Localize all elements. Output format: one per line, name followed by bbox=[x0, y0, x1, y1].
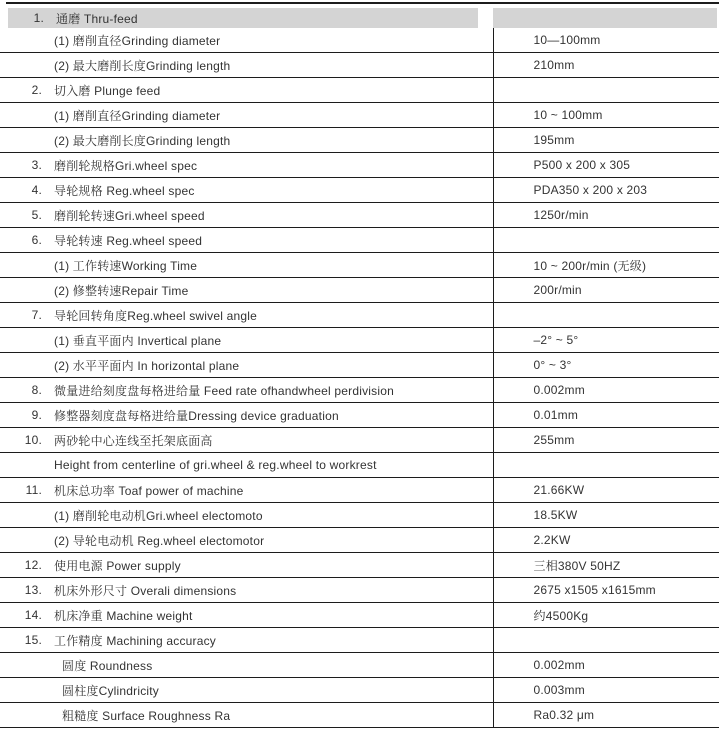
row-label: 磨削轮转速Gri.wheel speed bbox=[54, 207, 205, 224]
row-value: 10—100mm bbox=[534, 33, 601, 47]
row-label-cell: (1) 工作转速Working Time bbox=[0, 253, 494, 277]
row-value-cell: 1250r/min bbox=[494, 203, 719, 227]
table-top-border bbox=[6, 2, 719, 4]
row-label-cell: 圆柱度Cylindricity bbox=[0, 678, 494, 702]
row-value-cell bbox=[494, 628, 719, 652]
table-row: 4.导轮规格 Reg.wheel spec PDA350 x 200 x 203 bbox=[0, 178, 719, 203]
row-value: 195mm bbox=[534, 133, 575, 147]
table-row: 8.微量进给刻度盘每格进给量 Feed rate ofhandwheel per… bbox=[0, 378, 719, 403]
row-label-cell: 2.切入磨 Plunge feed bbox=[0, 78, 494, 102]
row-label: (2) 最大磨削长度Grinding length bbox=[54, 132, 230, 149]
row-label: 导轮规格 Reg.wheel spec bbox=[54, 182, 195, 199]
row-value: 1250r/min bbox=[534, 208, 589, 222]
row-label: 机床外形尺寸 Overali dimensions bbox=[54, 582, 236, 599]
row-label-cell: (1) 垂直平面内 Invertical plane bbox=[0, 328, 494, 352]
row-label: 切入磨 Plunge feed bbox=[54, 82, 160, 99]
row-label: 两砂轮中心连线至托架底面高 bbox=[54, 432, 213, 449]
row-value-cell: 2.2KW bbox=[494, 528, 719, 552]
row-value: 200r/min bbox=[534, 283, 582, 297]
row-label: 导轮回转角度Reg.wheel swivel angle bbox=[54, 307, 257, 324]
row-value-cell bbox=[494, 78, 719, 102]
table-row: 3.磨削轮规格Gri.wheel spec P500 x 200 x 305 bbox=[0, 153, 719, 178]
section-header-label: 通磨 Thru-feed bbox=[56, 10, 138, 27]
row-value-cell: 0° ~ 3° bbox=[494, 353, 719, 377]
row-label-cell: 4.导轮规格 Reg.wheel spec bbox=[0, 178, 494, 202]
row-value-cell bbox=[494, 303, 719, 327]
row-value: 21.66KW bbox=[534, 483, 585, 497]
row-label: 机床总功率 Toaf power of machine bbox=[54, 482, 243, 499]
row-label-cell: (1) 磨削轮电动机Gri.wheel electomoto bbox=[0, 503, 494, 527]
row-label: (2) 最大磨削长度Grinding length bbox=[54, 57, 230, 74]
table-row: (1) 磨削轮电动机Gri.wheel electomoto 18.5KW bbox=[0, 503, 719, 528]
row-label: (2) 水平平面内 In horizontal plane bbox=[54, 357, 239, 374]
table-row: 圆度 Roundness 0.002mm bbox=[0, 653, 719, 678]
row-value: 18.5KW bbox=[534, 508, 578, 522]
table-row: 2.切入磨 Plunge feed bbox=[0, 78, 719, 103]
section-header-row: 1. 通磨 Thru-feed bbox=[8, 8, 478, 28]
table-row: (1) 垂直平面内 Invertical plane –2° ~ 5° bbox=[0, 328, 719, 353]
table-row: (2) 最大磨削长度Grinding length 210mm bbox=[0, 53, 719, 78]
row-label-cell: 11.机床总功率 Toaf power of machine bbox=[0, 478, 494, 502]
table-row: (2) 导轮电动机 Reg.wheel electomotor 2.2KW bbox=[0, 528, 719, 553]
row-value: 10 ~ 200r/min (无级) bbox=[534, 257, 647, 274]
row-value: 0° ~ 3° bbox=[534, 358, 572, 372]
row-label-cell: (1) 磨削直径Grinding diameter bbox=[0, 28, 494, 52]
row-value-cell: 18.5KW bbox=[494, 503, 719, 527]
table-row: 10.两砂轮中心连线至托架底面高 255mm bbox=[0, 428, 719, 453]
table-row: Height from centerline of gri.wheel & re… bbox=[0, 453, 719, 478]
section-number: 1. bbox=[8, 11, 44, 25]
table-row: (2) 水平平面内 In horizontal plane 0° ~ 3° bbox=[0, 353, 719, 378]
row-label-cell: 6.导轮转速 Reg.wheel speed bbox=[0, 228, 494, 252]
row-value-cell bbox=[494, 453, 719, 477]
row-label: (1) 磨削轮电动机Gri.wheel electomoto bbox=[54, 507, 263, 524]
row-value: 210mm bbox=[534, 58, 575, 72]
table-row: (2) 修整转速Repair Time 200r/min bbox=[0, 278, 719, 303]
row-label-cell: (1) 磨削直径Grinding diameter bbox=[0, 103, 494, 127]
row-label-cell: 9.修整器刻度盘每格进给量Dressing device graduation bbox=[0, 403, 494, 427]
row-value: 255mm bbox=[534, 433, 575, 447]
row-label-cell: 14.机床净重 Machine weight bbox=[0, 603, 494, 627]
row-value-cell bbox=[494, 228, 719, 252]
table-row: (1) 磨削直径Grinding diameter 10 ~ 100mm bbox=[0, 103, 719, 128]
row-value-cell: 10 ~ 200r/min (无级) bbox=[494, 253, 719, 277]
section-header-value-cell bbox=[493, 8, 717, 28]
row-value: 0.002mm bbox=[534, 658, 585, 672]
table-row: 7.导轮回转角度Reg.wheel swivel angle bbox=[0, 303, 719, 328]
row-value: –2° ~ 5° bbox=[534, 333, 579, 347]
row-label: 使用电源 Power supply bbox=[54, 557, 181, 574]
table-row: 5.磨削轮转速Gri.wheel speed 1250r/min bbox=[0, 203, 719, 228]
row-value: 0.003mm bbox=[534, 683, 585, 697]
spec-table: (1) 磨削直径Grinding diameter 10—100mm (2) 最… bbox=[0, 28, 719, 728]
row-value: 三相380V 50HZ bbox=[534, 557, 621, 574]
row-label: (2) 导轮电动机 Reg.wheel electomotor bbox=[54, 532, 264, 549]
row-value-cell: 0.002mm bbox=[494, 378, 719, 402]
row-label-cell: (2) 修整转速Repair Time bbox=[0, 278, 494, 302]
row-value: PDA350 x 200 x 203 bbox=[534, 183, 648, 197]
row-label-cell: 10.两砂轮中心连线至托架底面高 bbox=[0, 428, 494, 452]
row-value-cell: P500 x 200 x 305 bbox=[494, 153, 719, 177]
row-value-cell: PDA350 x 200 x 203 bbox=[494, 178, 719, 202]
row-label-cell: (2) 导轮电动机 Reg.wheel electomotor bbox=[0, 528, 494, 552]
row-value-cell: 210mm bbox=[494, 53, 719, 77]
row-value: Ra0.32 μm bbox=[534, 708, 595, 722]
row-value: 10 ~ 100mm bbox=[534, 108, 603, 122]
table-row: 15.工作精度 Machining accuracy bbox=[0, 628, 719, 653]
spec-sheet-page: 1. 通磨 Thru-feed (1) 磨削直径Grinding diamete… bbox=[0, 0, 719, 745]
row-value-cell: 10 ~ 100mm bbox=[494, 103, 719, 127]
row-value-cell: 0.01mm bbox=[494, 403, 719, 427]
row-value-cell: 约4500Kg bbox=[494, 603, 719, 627]
table-row: (1) 磨削直径Grinding diameter 10—100mm bbox=[0, 28, 719, 53]
row-value-cell: 2675 x1505 x1615mm bbox=[494, 578, 719, 602]
row-value-cell: 195mm bbox=[494, 128, 719, 152]
row-label-cell: (2) 最大磨削长度Grinding length bbox=[0, 128, 494, 152]
row-value: 约4500Kg bbox=[534, 607, 589, 624]
row-label-cell: (2) 最大磨削长度Grinding length bbox=[0, 53, 494, 77]
row-label-cell: Height from centerline of gri.wheel & re… bbox=[0, 453, 494, 477]
row-label-cell: 3.磨削轮规格Gri.wheel spec bbox=[0, 153, 494, 177]
row-label: 圆度 Roundness bbox=[62, 657, 152, 674]
row-value-cell: 200r/min bbox=[494, 278, 719, 302]
row-label: Height from centerline of gri.wheel & re… bbox=[54, 458, 377, 472]
row-label-cell: 15.工作精度 Machining accuracy bbox=[0, 628, 494, 652]
row-label: (1) 工作转速Working Time bbox=[54, 257, 197, 274]
row-value: 0.01mm bbox=[534, 408, 579, 422]
row-value-cell: –2° ~ 5° bbox=[494, 328, 719, 352]
row-label: (1) 磨削直径Grinding diameter bbox=[54, 107, 220, 124]
row-label: 圆柱度Cylindricity bbox=[62, 682, 159, 699]
table-row: (2) 最大磨削长度Grinding length 195mm bbox=[0, 128, 719, 153]
row-value-cell: Ra0.32 μm bbox=[494, 703, 719, 727]
row-label-cell: 粗糙度 Surface Roughness Ra bbox=[0, 703, 494, 727]
row-label-cell: 12.使用电源 Power supply bbox=[0, 553, 494, 577]
row-value-cell: 0.003mm bbox=[494, 678, 719, 702]
table-row: 13.机床外形尺寸 Overali dimensions 2675 x1505 … bbox=[0, 578, 719, 603]
table-row: 9.修整器刻度盘每格进给量Dressing device graduation … bbox=[0, 403, 719, 428]
row-label-cell: 圆度 Roundness bbox=[0, 653, 494, 677]
row-value-cell: 21.66KW bbox=[494, 478, 719, 502]
table-row: (1) 工作转速Working Time 10 ~ 200r/min (无级) bbox=[0, 253, 719, 278]
row-value-cell: 0.002mm bbox=[494, 653, 719, 677]
row-label: 导轮转速 Reg.wheel speed bbox=[54, 232, 202, 249]
row-label-cell: 5.磨削轮转速Gri.wheel speed bbox=[0, 203, 494, 227]
row-label: (2) 修整转速Repair Time bbox=[54, 282, 189, 299]
table-row: 11.机床总功率 Toaf power of machine 21.66KW bbox=[0, 478, 719, 503]
row-label: 磨削轮规格Gri.wheel spec bbox=[54, 157, 197, 174]
table-row: 12.使用电源 Power supply 三相380V 50HZ bbox=[0, 553, 719, 578]
row-label: 机床净重 Machine weight bbox=[54, 607, 193, 624]
row-value: P500 x 200 x 305 bbox=[534, 158, 631, 172]
table-row: 粗糙度 Surface Roughness Ra Ra0.32 μm bbox=[0, 703, 719, 728]
row-value: 0.002mm bbox=[534, 383, 585, 397]
row-label: 粗糙度 Surface Roughness Ra bbox=[62, 707, 230, 724]
row-label: 修整器刻度盘每格进给量Dressing device graduation bbox=[54, 407, 339, 424]
row-label: 微量进给刻度盘每格进给量 Feed rate ofhandwheel perdi… bbox=[54, 382, 394, 399]
table-row: 14.机床净重 Machine weight 约4500Kg bbox=[0, 603, 719, 628]
row-label-cell: (2) 水平平面内 In horizontal plane bbox=[0, 353, 494, 377]
row-value-cell: 三相380V 50HZ bbox=[494, 553, 719, 577]
table-row: 6.导轮转速 Reg.wheel speed bbox=[0, 228, 719, 253]
row-label: (1) 垂直平面内 Invertical plane bbox=[54, 332, 221, 349]
row-label: 工作精度 Machining accuracy bbox=[54, 632, 216, 649]
table-row: 圆柱度Cylindricity 0.003mm bbox=[0, 678, 719, 703]
row-value-cell: 10—100mm bbox=[494, 28, 719, 52]
row-label-cell: 7.导轮回转角度Reg.wheel swivel angle bbox=[0, 303, 494, 327]
row-label-cell: 13.机床外形尺寸 Overali dimensions bbox=[0, 578, 494, 602]
row-value: 2675 x1505 x1615mm bbox=[534, 583, 656, 597]
row-value: 2.2KW bbox=[534, 533, 571, 547]
row-value-cell: 255mm bbox=[494, 428, 719, 452]
row-label: (1) 磨削直径Grinding diameter bbox=[54, 32, 220, 49]
row-label-cell: 8.微量进给刻度盘每格进给量 Feed rate ofhandwheel per… bbox=[0, 378, 494, 402]
